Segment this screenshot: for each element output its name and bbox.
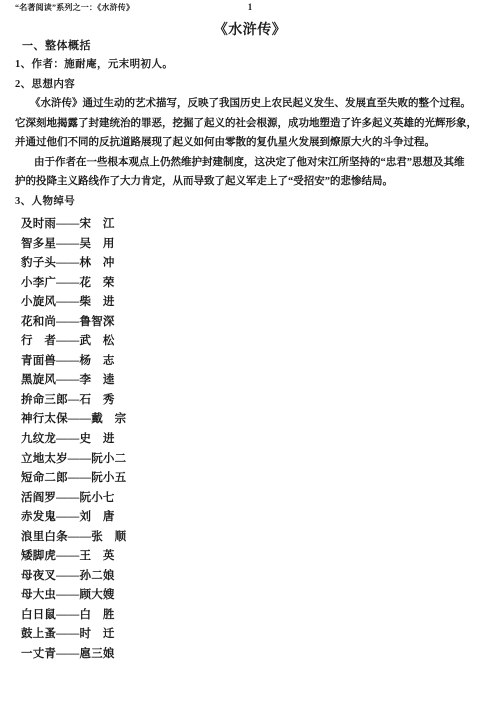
nickname-item: 豹子头——林 冲 [21, 254, 126, 274]
nickname-item: 一丈青——扈三娘 [21, 645, 126, 665]
paragraph1-line1: 《水浒传》通过生动的艺术描写，反映了我国历史上农民起义发生、发展直至失败的整个过… [30, 98, 471, 110]
item-character-nicknames: 3、人物绰号 [15, 196, 75, 208]
nickname-list: 及时雨——宋 江 智多星——吴 用 豹子头——林 冲 小李广——花 荣 小旋风—… [21, 215, 126, 665]
nickname-item: 花和尚——鲁智深 [21, 313, 126, 333]
nickname-item: 白日鼠——白 胜 [21, 606, 126, 626]
nickname-item: 浪里白条——张 顺 [21, 528, 126, 548]
nickname-item: 九纹龙——史 进 [21, 430, 126, 450]
document-page: “名著阅读”系列之一：《水浒传》 1 《水浒传》 一、整体概括 1、作者：施耐庵… [0, 0, 500, 707]
page-number: 1 [0, 2, 500, 12]
nickname-item: 小旋风——柴 进 [21, 293, 126, 313]
nickname-item: 黑旋风——李 逵 [21, 371, 126, 391]
nickname-item: 矮脚虎——王 英 [21, 547, 126, 567]
document-title: 《水浒传》 [0, 23, 500, 39]
nickname-item: 短命二郎——阮小五 [21, 469, 126, 489]
nickname-item: 立地太岁——阮小二 [21, 450, 126, 470]
paragraph1-line2: 它深刻地揭露了封建统治的罪恶，挖掘了起义的社会根源，成功地塑造了许多起义英雄的光… [15, 118, 477, 130]
paragraph1-line3: 并通过他们不同的反抗道路展现了起义如何由零散的复仇星火发展到燎原大火的斗争过程。 [15, 137, 435, 149]
item-thought-content: 2、思想内容 [15, 79, 75, 91]
nickname-item: 智多星——吴 用 [21, 235, 126, 255]
nickname-item: 鼓上蚤——时 迁 [21, 625, 126, 645]
paragraph2-line1: 由于作者在一些根本观点上仍然维护封建制度，这决定了他对宋江所坚持的“忠君”思想及… [34, 157, 465, 169]
nickname-item: 拚命三郎—石 秀 [21, 391, 126, 411]
nickname-item: 神行太保——戴 宗 [21, 410, 126, 430]
nickname-item: 活阎罗——阮小七 [21, 489, 126, 509]
nickname-item: 赤发鬼——刘 唐 [21, 508, 126, 528]
nickname-item: 青面兽——杨 志 [21, 352, 126, 372]
nickname-item: 母夜叉——孙二娘 [21, 567, 126, 587]
paragraph2-line2: 护的投降主义路线作了大力肯定，从而导致了起义军走上了“受招安”的悲惨结局。 [15, 176, 393, 188]
nickname-item: 母大虫——顾大嫂 [21, 586, 126, 606]
nickname-item: 行 者——武 松 [21, 332, 126, 352]
section-heading-overview: 一、整体概括 [22, 40, 91, 53]
nickname-item: 小李广——花 荣 [21, 274, 126, 294]
nickname-item: 及时雨——宋 江 [21, 215, 126, 235]
item-author: 1、作者：施耐庵，元末明初人。 [15, 59, 173, 71]
